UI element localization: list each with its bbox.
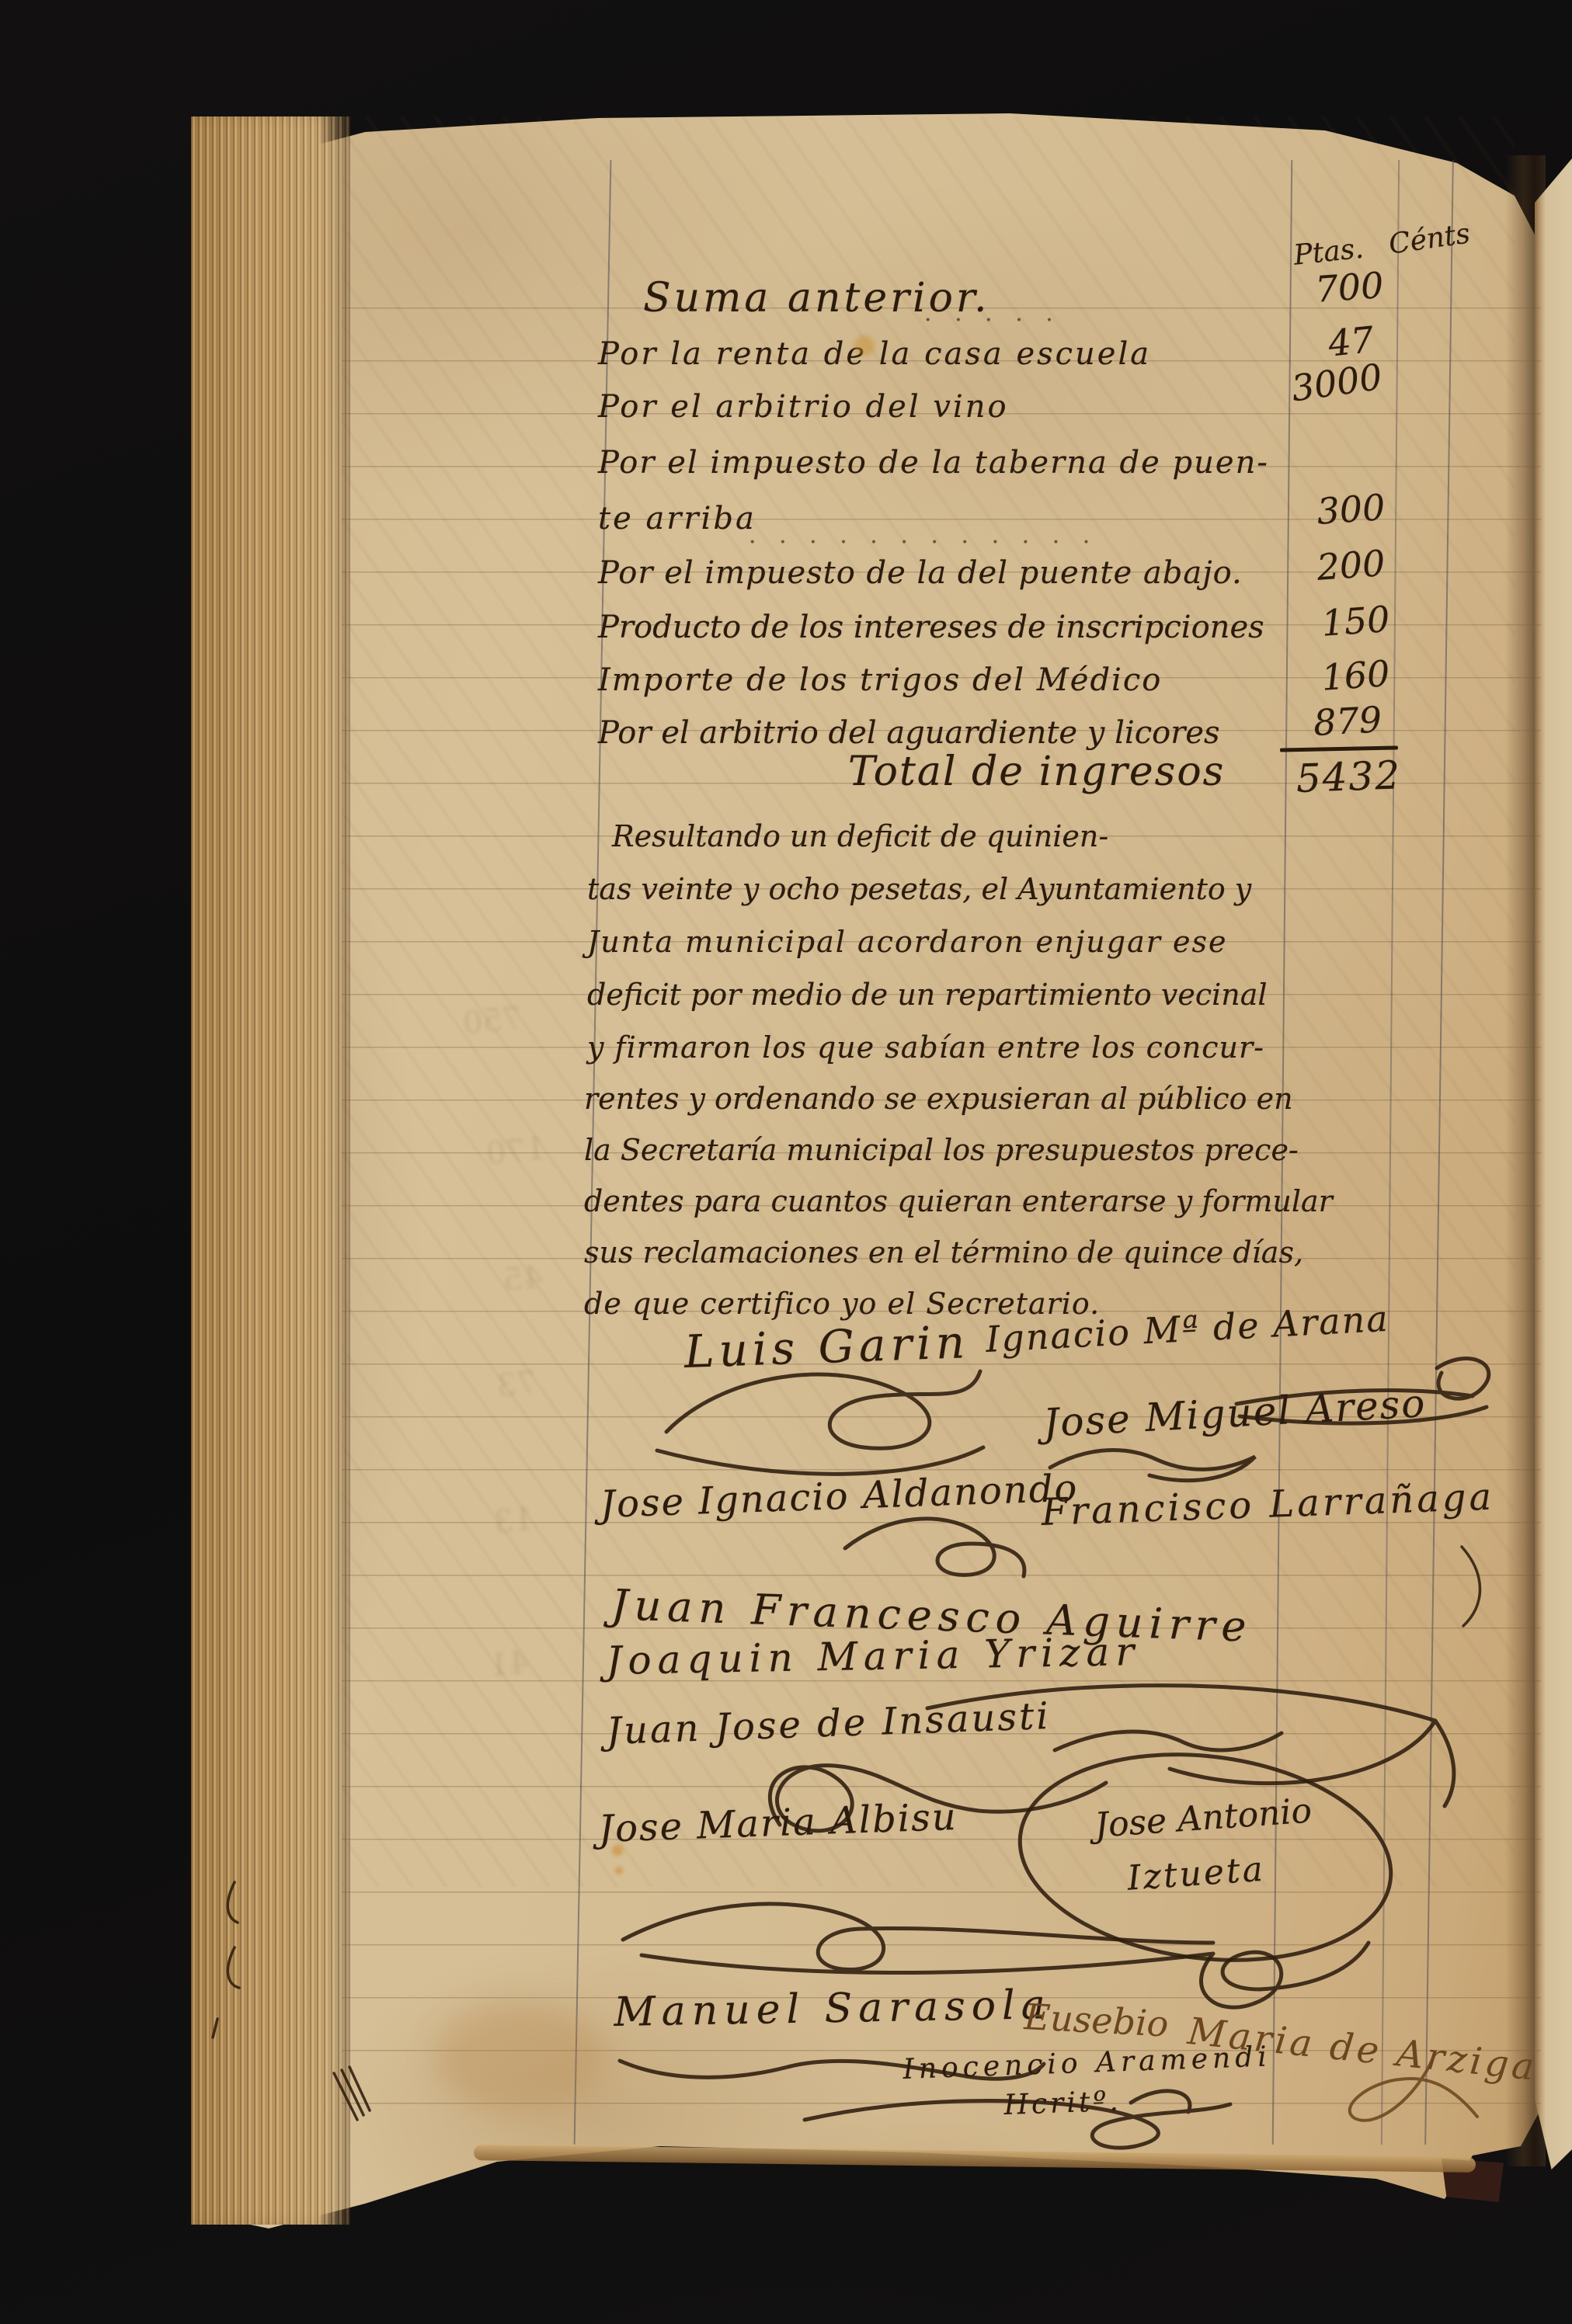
- ink-hatch-smudge: [334, 2067, 370, 2120]
- larranaga-tail: [1462, 1547, 1480, 1626]
- ink-stain: [615, 1867, 623, 1874]
- margin-ink-mark: [213, 1882, 239, 2037]
- insausti-tail: [1055, 1732, 1282, 1750]
- paper-stain: [435, 2003, 606, 2112]
- areso-underline: [1050, 1450, 1255, 1481]
- albisu-rubric: [623, 1904, 1369, 2007]
- loop-flourish: [770, 1766, 1106, 1831]
- signature-flourishes: [0, 0, 1572, 2324]
- ink-stain: [612, 1845, 623, 1856]
- arana-rubric: [1236, 1359, 1489, 1423]
- bottom-rubric: [805, 2091, 1230, 2148]
- arziga-tail-flourish: [1350, 2056, 1477, 2121]
- sarasola-underline: [620, 2061, 1044, 2079]
- garin-rubric: [657, 1371, 983, 1474]
- aldanondo-rubric: [845, 1519, 1024, 1576]
- ink-stain: [854, 335, 875, 356]
- scanned-book-photo: 750 170 45 73 13 41 Ptas. Cénts Suma ant…: [0, 0, 1572, 2324]
